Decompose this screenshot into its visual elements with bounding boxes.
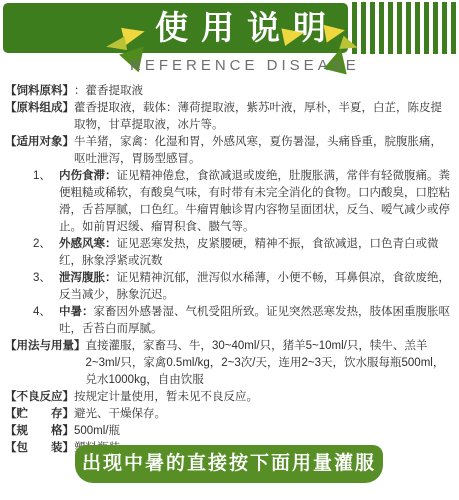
item-number: 1、 <box>33 168 59 185</box>
symptom-list: 1、 内伤食滞：证见精神倦怠，食欲减退或废绝，肚腹胀满，常伴有轻微腹痛。粪便粗糙… <box>5 168 451 338</box>
item-body: 家畜因外感暑湿、气机受阻所致。证见突然恶寒发热，肢体困重腹胀呕吐，舌苔白而厚腻。 <box>59 306 450 335</box>
entry-label: 【包 装】 <box>5 440 74 457</box>
item-title: 泄泻腹胀： <box>59 272 117 284</box>
entry-label: 【适用对象】 <box>5 134 74 151</box>
item-text: 内伤食滞：证见精神倦怠，食欲减退或废绝，肚腹胀满，常伴有轻微腹痛。粪便粗糙或稀软… <box>59 168 451 236</box>
item-number: 4、 <box>33 304 59 321</box>
entry-text: 藿香提取液，载体：薄荷提取液，紫苏叶液，厚朴，半夏，白芷，陈皮提取物，甘草提取液… <box>74 100 451 134</box>
entry-adverse-reactions: 【不良反应】 按规定计量使用，暂未见不良反应。 <box>5 389 451 406</box>
item-number: 3、 <box>33 270 59 287</box>
entry-storage: 【贮 存】 避光、干燥保存。 <box>5 406 451 423</box>
content-body: 【饲料原料】 ：藿香提取液 【原料组成】 藿香提取液，载体：薄荷提取液，紫苏叶液… <box>0 83 459 457</box>
list-item: 3、 泄泻腹胀：证见精神沉郁，泄泻似水稀薄，小便不畅，耳鼻俱凉，食欲废绝，反当减… <box>5 270 451 304</box>
entry-text: 500ml/瓶 <box>74 423 451 440</box>
item-text: 外感风寒：证见恶寒发热，皮紧腰硬，精神不振，食欲减退，口色青白或微红，脉象浮紧或… <box>59 236 451 270</box>
entry-label: 【饲料原料】 <box>5 83 74 100</box>
entry-label: 【不良反应】 <box>5 389 74 406</box>
list-item: 2、 外感风寒：证见恶寒发热，皮紧腰硬，精神不振，食欲减退，口色青白或微红，脉象… <box>5 236 451 270</box>
instruction-sheet: 使用说明 REFERENCE DISEASE 【饲料原料】 ：藿香提取液 【原料… <box>0 0 459 500</box>
entry-text: 按规定计量使用，暂未见不良反应。 <box>74 389 451 406</box>
item-number: 2、 <box>33 236 59 253</box>
entry-label: 【贮 存】 <box>5 406 74 423</box>
entry-feed-raw-material: 【饲料原料】 ：藿香提取液 <box>5 83 451 100</box>
entry-text: ：藿香提取液 <box>74 83 451 100</box>
item-text: 中暑：家畜因外感暑湿、气机受阻所致。证见突然恶寒发热，肢体困重腹胀呕吐，舌苔白而… <box>59 304 451 338</box>
entry-label: 【原料组成】 <box>5 100 74 117</box>
entry-text: 直接灌服，家畜马、牛，30~40ml/只，猪羊5~10ml/只，犊牛、羔羊2~3… <box>86 338 452 389</box>
entry-label: 【规 格】 <box>5 423 74 440</box>
header-subtitle: REFERENCE DISEASE <box>130 57 346 74</box>
item-body: 证见精神沉郁，泄泻似水稀薄，小便不畅，耳鼻俱凉，食欲废绝，反当减少，脉象沉迟。 <box>59 272 450 301</box>
list-item: 4、 中暑：家畜因外感暑湿、气机受阻所致。证见突然恶寒发热，肢体困重腹胀呕吐，舌… <box>5 304 451 338</box>
item-text: 泄泻腹胀：证见精神沉郁，泄泻似水稀薄，小便不畅，耳鼻俱凉，食欲废绝，反当减少，脉… <box>59 270 451 304</box>
header: 使用说明 REFERENCE DISEASE <box>0 0 459 82</box>
entry-label: 【用法与用量】 <box>5 338 86 355</box>
item-body: 证见恶寒发热，皮紧腰硬，精神不振，食欲减退，口色青白或微红，脉象浮紧或沉数 <box>59 238 439 267</box>
item-title: 外感风寒： <box>59 238 117 250</box>
item-body: 证见精神倦怠，食欲减退或废绝，肚腹胀满，常伴有轻微腹痛。粪便粗糙或稀软，有酸臭气… <box>59 170 450 233</box>
entry-text: 避光、干燥保存。 <box>74 406 451 423</box>
list-item: 1、 内伤食滞：证见精神倦怠，食欲减退或废绝，肚腹胀满，常伴有轻微腹痛。粪便粗糙… <box>5 168 451 236</box>
stripes-decoration <box>352 2 459 54</box>
footer-banner: 出现中暑的直接按下面用量灌服 <box>75 445 383 483</box>
page-title: 使用说明 <box>155 10 339 46</box>
entry-applicable-targets: 【适用对象】 牛羊猪，家禽：化湿和胃，外感风寒，夏伤暑湿，头痛昏重，脘腹胀痛，呕… <box>5 134 451 168</box>
entry-specification: 【规 格】 500ml/瓶 <box>5 423 451 440</box>
entry-text: 牛羊猪，家禽：化湿和胃，外感风寒，夏伤暑湿，头痛昏重，脘腹胀痛，呕吐泄泻，胃肠型… <box>74 134 451 168</box>
item-title: 内伤食滞： <box>59 170 117 182</box>
entry-raw-material-composition: 【原料组成】 藿香提取液，载体：薄荷提取液，紫苏叶液，厚朴，半夏，白芷，陈皮提取… <box>5 100 451 134</box>
item-title: 中暑： <box>59 306 94 318</box>
entry-usage-dosage: 【用法与用量】 直接灌服，家畜马、牛，30~40ml/只，猪羊5~10ml/只，… <box>5 338 451 389</box>
